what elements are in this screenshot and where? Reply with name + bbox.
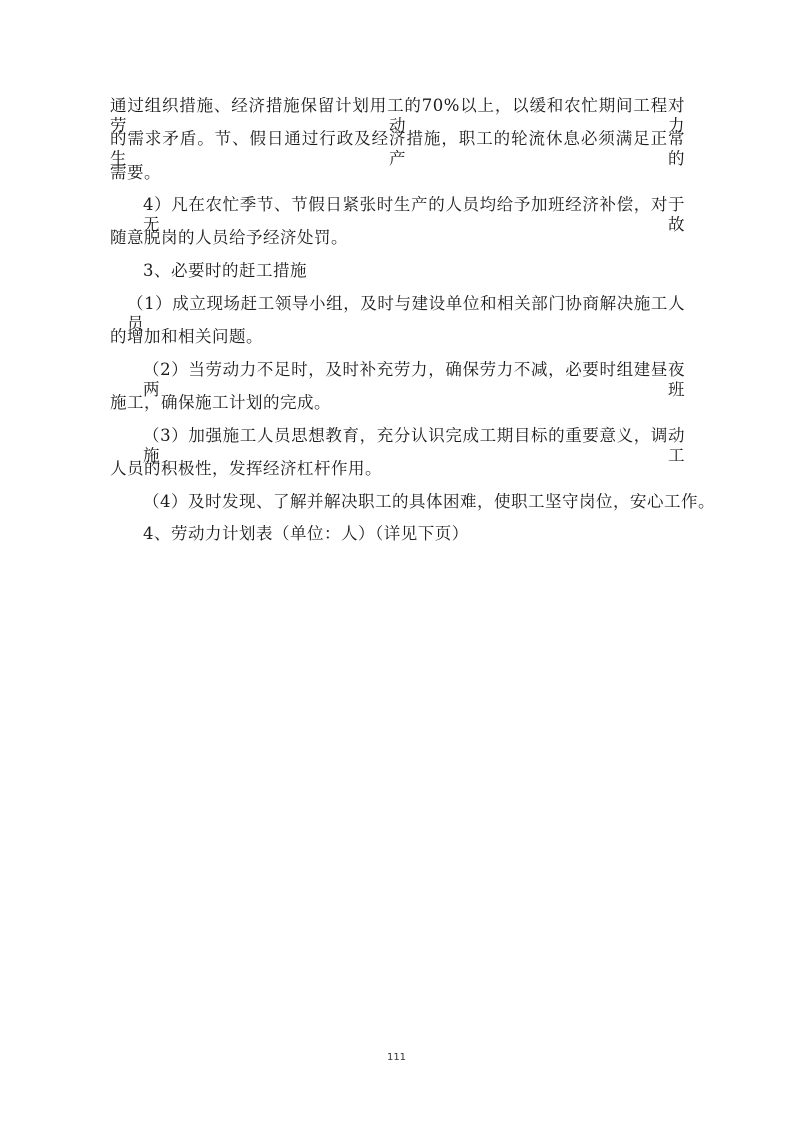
paragraph-line: 的需求矛盾。节、假日通过行政及经济措施，职工的轮流休息必须满足正常生产的 [110, 129, 685, 169]
document-page: 通过组织措施、经济措施保留计划用工的70%以上，以缓和农忙期间工程对劳动力 的需… [0, 0, 793, 1122]
section-heading: 4、劳动力计划表（单位：人）（详见下页） [143, 524, 469, 544]
paragraph-line: （4）及时发现、了解并解决职工的具体困难，使职工坚守岗位，安心工作。 [143, 492, 715, 512]
page-number: 111 [0, 1052, 793, 1063]
paragraph-line: 需要。 [110, 163, 161, 183]
paragraph-line: 随意脱岗的人员给予经济处罚。 [110, 228, 348, 248]
section-heading: 3、必要时的赶工措施 [143, 261, 307, 281]
paragraph-line: 人员的积极性，发挥经济杠杆作用。 [110, 459, 382, 479]
paragraph-line: 的增加和相关问题。 [110, 327, 263, 347]
paragraph-line: 施工，确保施工计划的完成。 [110, 393, 331, 413]
